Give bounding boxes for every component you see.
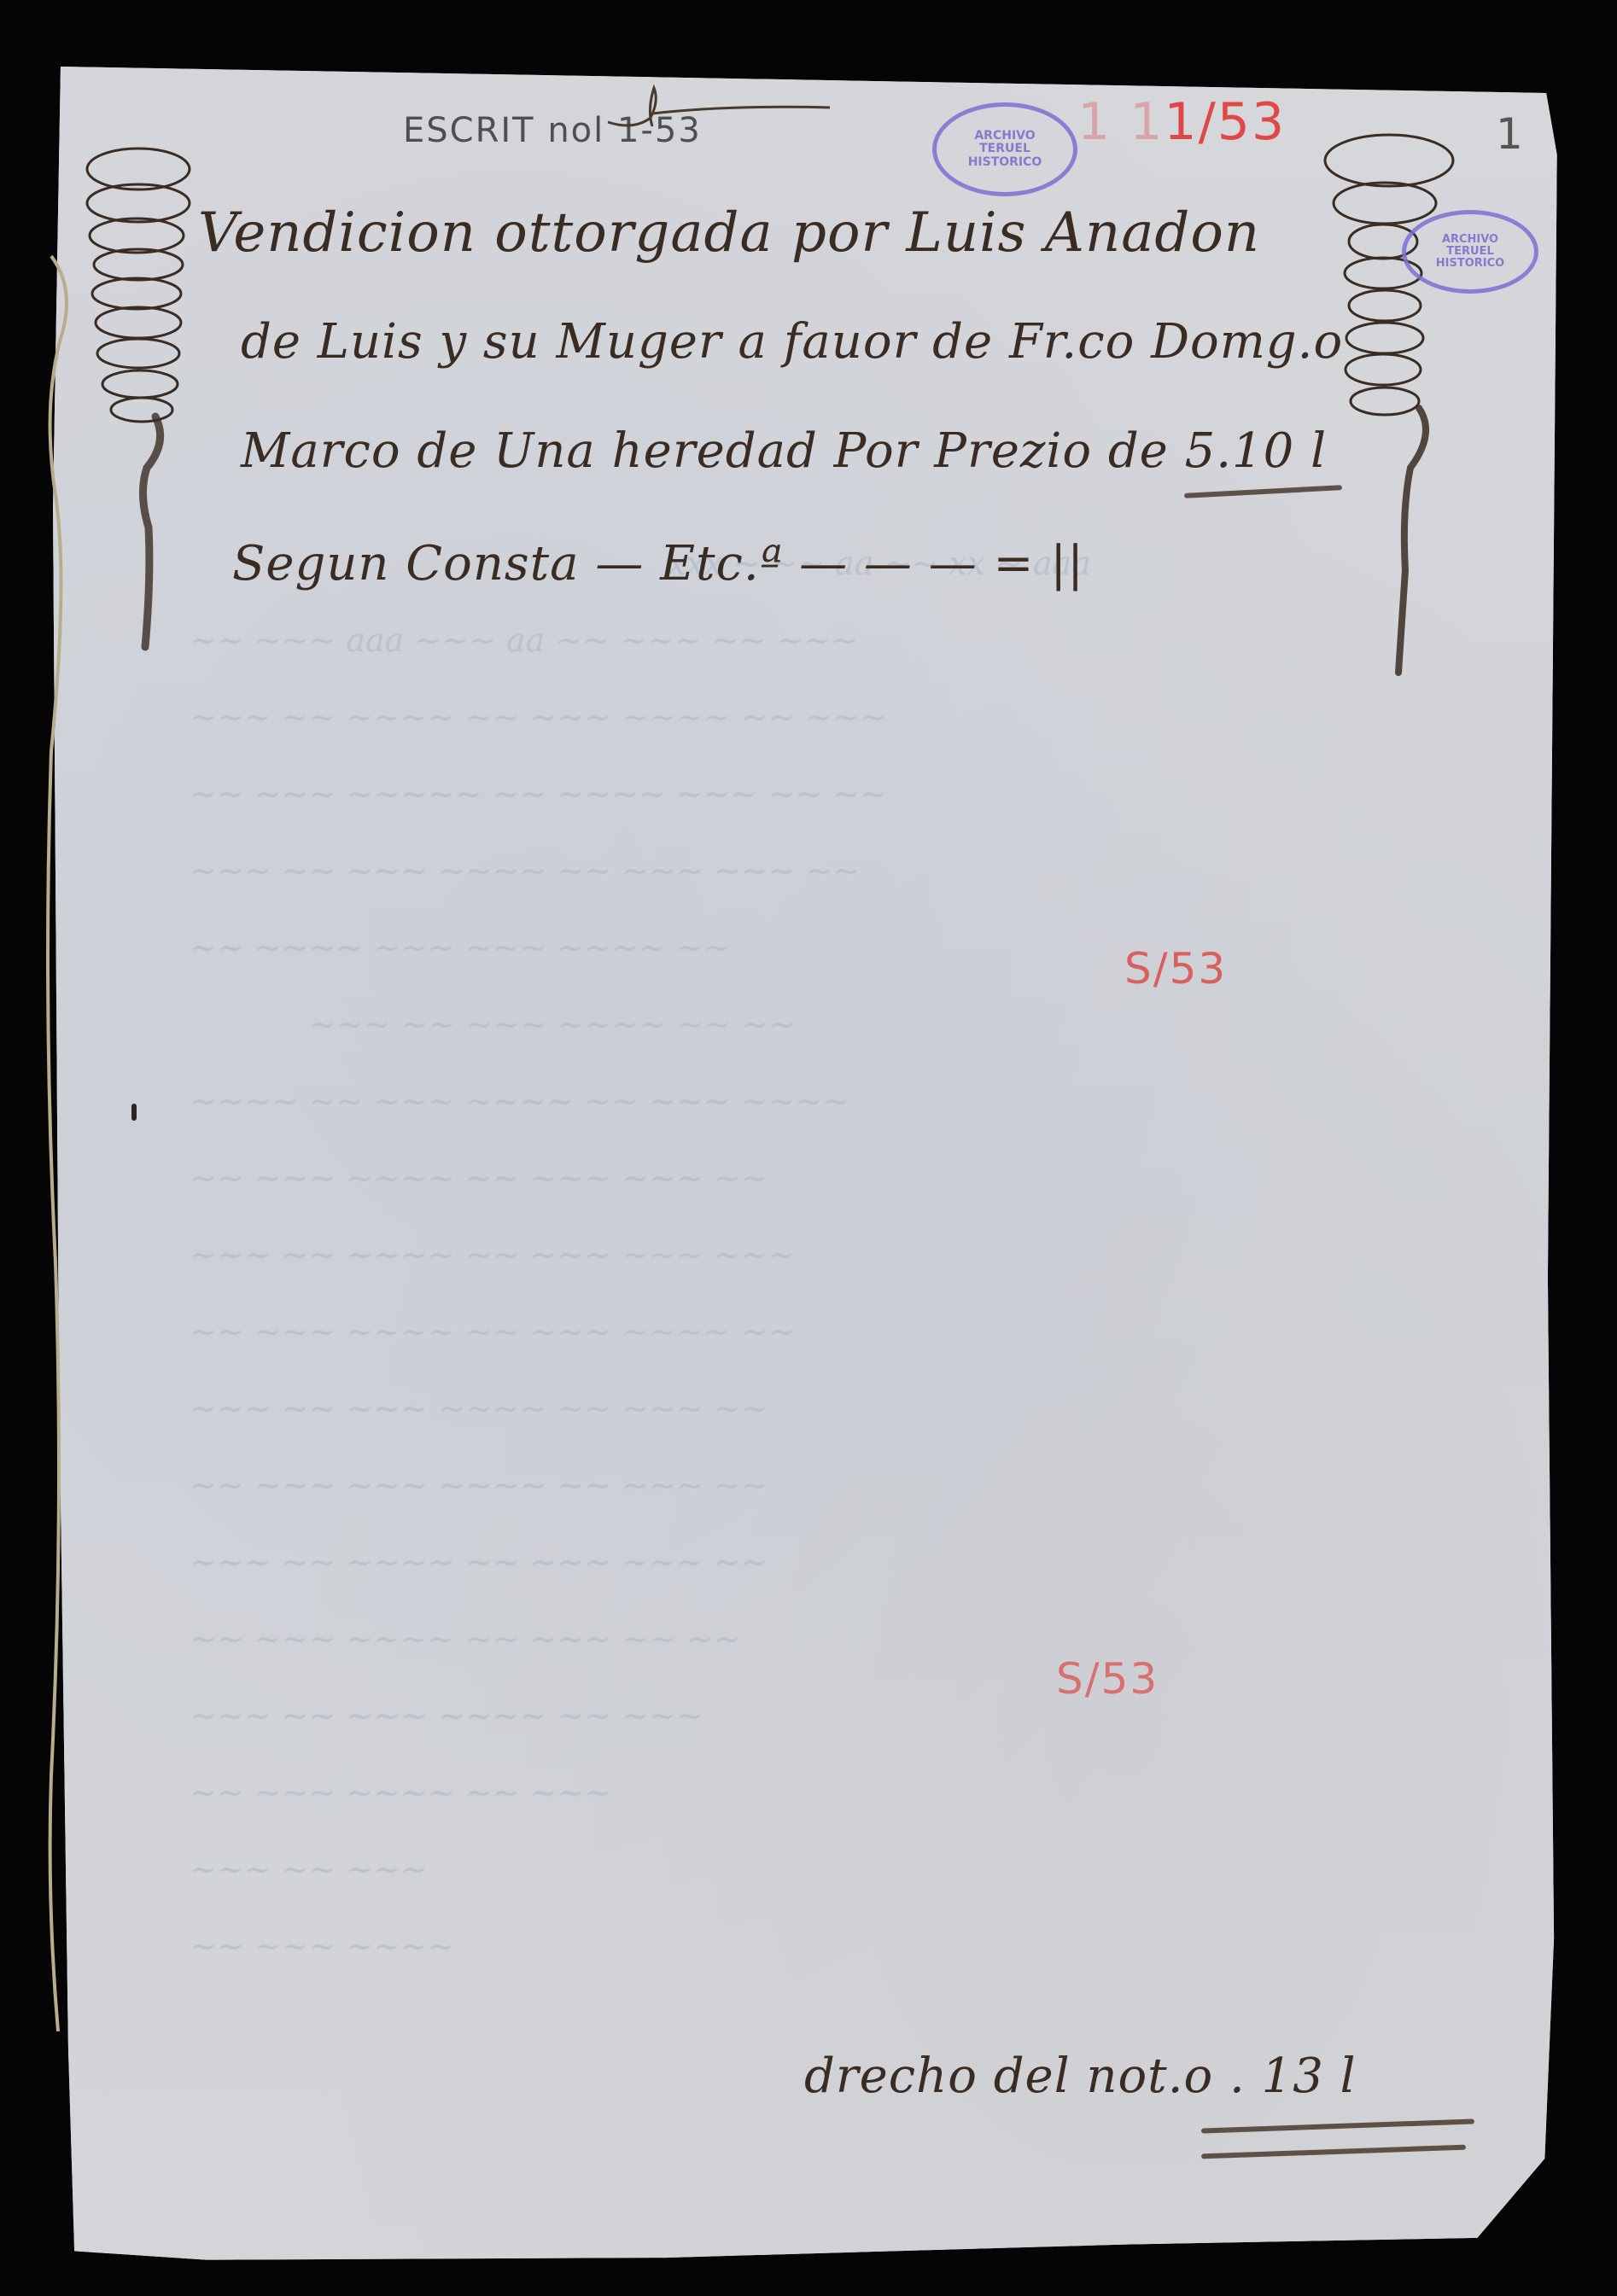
bleed-through-text: ~~ ~~~ ~~~~ ~~ ~~~ ~~~ ~~ — [190, 1159, 768, 1197]
archive-stamp: ARCHIVO TERUEL HISTORICO — [1402, 210, 1538, 294]
red-archive-mark: S/53 — [1056, 1654, 1159, 1704]
footer-underline-1 — [1201, 2118, 1474, 2133]
bleed-through-text: ~~~~ ~~ ~~~ ~~~~ ~~ ~~~ ~~~~ — [190, 1082, 849, 1120]
bleed-through-text: ~~ ~~~ ~~~ ~~~~ ~~ ~~~ ~~ — [190, 1466, 768, 1504]
bleed-through-text: ~~~ ~~ ~~~~ ~~ ~~~ ~~~~ ~~ ~~~ — [190, 698, 887, 736]
right-spiral-flourish-icon — [1316, 126, 1462, 690]
heading-line-1: Vendicion ottorgada por Luis Anadon — [198, 201, 1260, 265]
left-spiral-flourish-icon — [70, 135, 207, 681]
bleed-through-text: ~~ ~~~ ~~~~ ~~ ~~~ ~~~~ ~~ — [190, 1313, 795, 1350]
bleed-through-text: ~~ ~~~ ~~~~ ~~ ~~~ ~~ ~~ — [190, 1620, 741, 1658]
bleed-through-text: ~~ ~~~~ ~~~ ~~~ ~~~~ ~~ — [190, 929, 731, 966]
bleed-through-text: ~~ ~~~ aaa ~~~ aa ~~ ~~~ ~~ ~~~ — [190, 621, 858, 659]
bleed-through-text: ~~~ ~~ ~~~ ~~~~ ~~ ~~~ ~~ — [190, 1390, 768, 1427]
bleed-through-text: ~~~ ~~ ~~~ ~~~~ ~~ ~~ — [309, 1005, 796, 1043]
bleed-through-text: ~~ ~~~ ~~~~ — [190, 1927, 455, 1965]
heading-line-2: de Luis y su Muger a fauor de Fr.co Domg… — [241, 314, 1343, 370]
bleed-through-text: ~~~ ~~ ~~~~ ~~ ~~~ ~~~ ~~ — [190, 1543, 768, 1581]
heading-line-4: Segun Consta — Etc.ª — — — = || — [232, 536, 1084, 591]
binding-string — [17, 239, 85, 2031]
bleed-through-text: ~~~ ~~ ~~~ ~~~~ ~~ ~~~ — [190, 1697, 703, 1734]
heading-line-3: Marco de Una heredad Por Prezio de 5.10 … — [241, 423, 1327, 479]
bleed-through-text: ~~ ~~~ ~~~~~ ~~ ~~~~ ~~~ ~~ ~~ — [190, 775, 887, 813]
bleed-through-text: ~~ ~~~ ~~~~ ~~ ~~~ — [190, 1774, 611, 1811]
footer-underline-2 — [1201, 2145, 1466, 2159]
archive-stamp: ARCHIVO TERUEL HISTORICO — [932, 102, 1077, 196]
red-archive-number: 1 11/53 — [1077, 92, 1286, 152]
footer-notary-fee: drecho del not.o . 13 l — [804, 2048, 1357, 2104]
bleed-through-text: ~~~ ~~ ~~~ ~~~~ ~~ ~~~ ~~~ ~~ — [190, 852, 860, 889]
red-archive-mark: S/53 — [1124, 944, 1227, 994]
manuscript-page: xxx ~ ~~ aa ~~ xx ~ aaa ~~ ~~~ aaa ~~~ a… — [53, 67, 1585, 2269]
folio-number: 1 — [1496, 109, 1525, 159]
bleed-through-text: ~~~ ~~ ~~~~ ~~ ~~~ ~~~ ~~~ — [190, 1236, 795, 1273]
top-flourish-mark — [599, 84, 838, 135]
binding-hole — [131, 1104, 137, 1121]
bleed-through-text: ~~~ ~~ ~~~ — [190, 1850, 428, 1888]
